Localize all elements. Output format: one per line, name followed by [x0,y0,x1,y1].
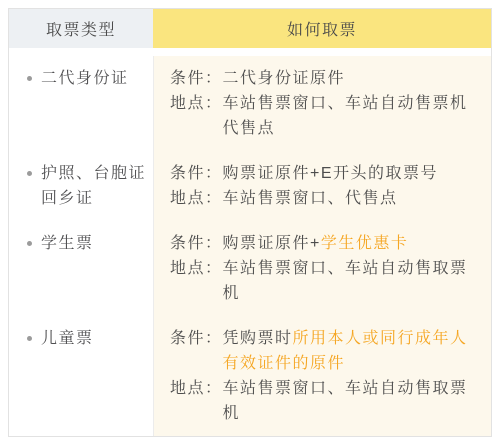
header-cell-how-to-pickup: 如何取票 [153,9,491,48]
pickup-info-cell: 条件： 凭购票时所用本人或同行成年人有效证件的原件 地点： 车站售票窗口、车站自… [153,316,491,436]
condition-value: 购票证原件+E开头的取票号 [223,161,479,186]
condition-value: 购票证原件+学生优惠卡 [223,231,479,256]
pickup-info-cell: 条件： 二代身份证原件 地点： 车站售票窗口、车站自动售票机代售点 [153,56,491,151]
header-cell-ticket-type: 取票类型 [9,9,153,48]
condition-value: 二代身份证原件 [223,66,479,91]
table-header-row: 取票类型 如何取票 [9,9,491,48]
location-line: 地点： 车站售票窗口、车站自动售取票机 [170,256,479,306]
location-value: 车站售票窗口、代售点 [223,186,479,211]
location-value: 车站售票窗口、车站自动售取票机 [223,376,479,426]
ticket-type-cell: 学生票 [9,221,153,316]
location-line: 地点： 车站售票窗口、车站自动售票机代售点 [170,91,479,141]
condition-line: 条件： 购票证原件+E开头的取票号 [170,161,479,186]
ticket-type-cell: 二代身份证 [9,56,153,151]
ticket-type-label: 学生票 [41,231,151,256]
condition-label: 条件： [170,231,223,256]
condition-label: 条件： [170,326,223,376]
table-row: 二代身份证 条件： 二代身份证原件 地点： 车站售票窗口、车站自动售票机代售点 [9,56,491,151]
table-row: 儿童票 条件： 凭购票时所用本人或同行成年人有效证件的原件 地点： 车站售票窗口… [9,316,491,436]
location-value: 车站售票窗口、车站自动售票机代售点 [223,91,479,141]
location-label: 地点： [170,91,223,141]
ticket-type-label: 儿童票 [41,326,151,351]
pickup-info-cell: 条件： 购票证原件+学生优惠卡 地点： 车站售票窗口、车站自动售取票机 [153,221,491,316]
condition-label: 条件： [170,66,223,91]
bullet-icon [27,241,32,246]
table-row: 护照、台胞证回乡证 条件： 购票证原件+E开头的取票号 地点： 车站售票窗口、代… [9,151,491,221]
ticket-type-cell: 儿童票 [9,316,153,436]
highlighted-text: 学生优惠卡 [321,235,409,252]
condition-line: 条件： 凭购票时所用本人或同行成年人有效证件的原件 [170,326,479,376]
condition-label: 条件： [170,161,223,186]
ticket-pickup-table: 取票类型 如何取票 二代身份证 条件： 二代身份证原件 地点： 车站售票窗口、车… [8,8,492,437]
pickup-info-cell: 条件： 购票证原件+E开头的取票号 地点： 车站售票窗口、代售点 [153,151,491,221]
header-body-gap [9,48,491,56]
bullet-icon [27,171,32,176]
ticket-type-label: 二代身份证 [41,66,151,91]
location-line: 地点： 车站售票窗口、车站自动售取票机 [170,376,479,426]
bullet-icon [27,336,32,341]
header-label-how-to-pickup: 如何取票 [287,17,357,40]
location-value: 车站售票窗口、车站自动售取票机 [223,256,479,306]
ticket-type-cell: 护照、台胞证回乡证 [9,151,153,221]
bullet-icon [27,76,32,81]
location-label: 地点： [170,256,223,306]
header-label-ticket-type: 取票类型 [46,17,116,40]
condition-value: 凭购票时所用本人或同行成年人有效证件的原件 [223,326,479,376]
table-body: 二代身份证 条件： 二代身份证原件 地点： 车站售票窗口、车站自动售票机代售点 … [9,56,491,436]
location-label: 地点： [170,186,223,211]
table-row: 学生票 条件： 购票证原件+学生优惠卡 地点： 车站售票窗口、车站自动售取票机 [9,221,491,316]
ticket-type-label: 护照、台胞证回乡证 [41,161,151,211]
location-label: 地点： [170,376,223,426]
location-line: 地点： 车站售票窗口、代售点 [170,186,479,211]
condition-line: 条件： 购票证原件+学生优惠卡 [170,231,479,256]
condition-line: 条件： 二代身份证原件 [170,66,479,91]
